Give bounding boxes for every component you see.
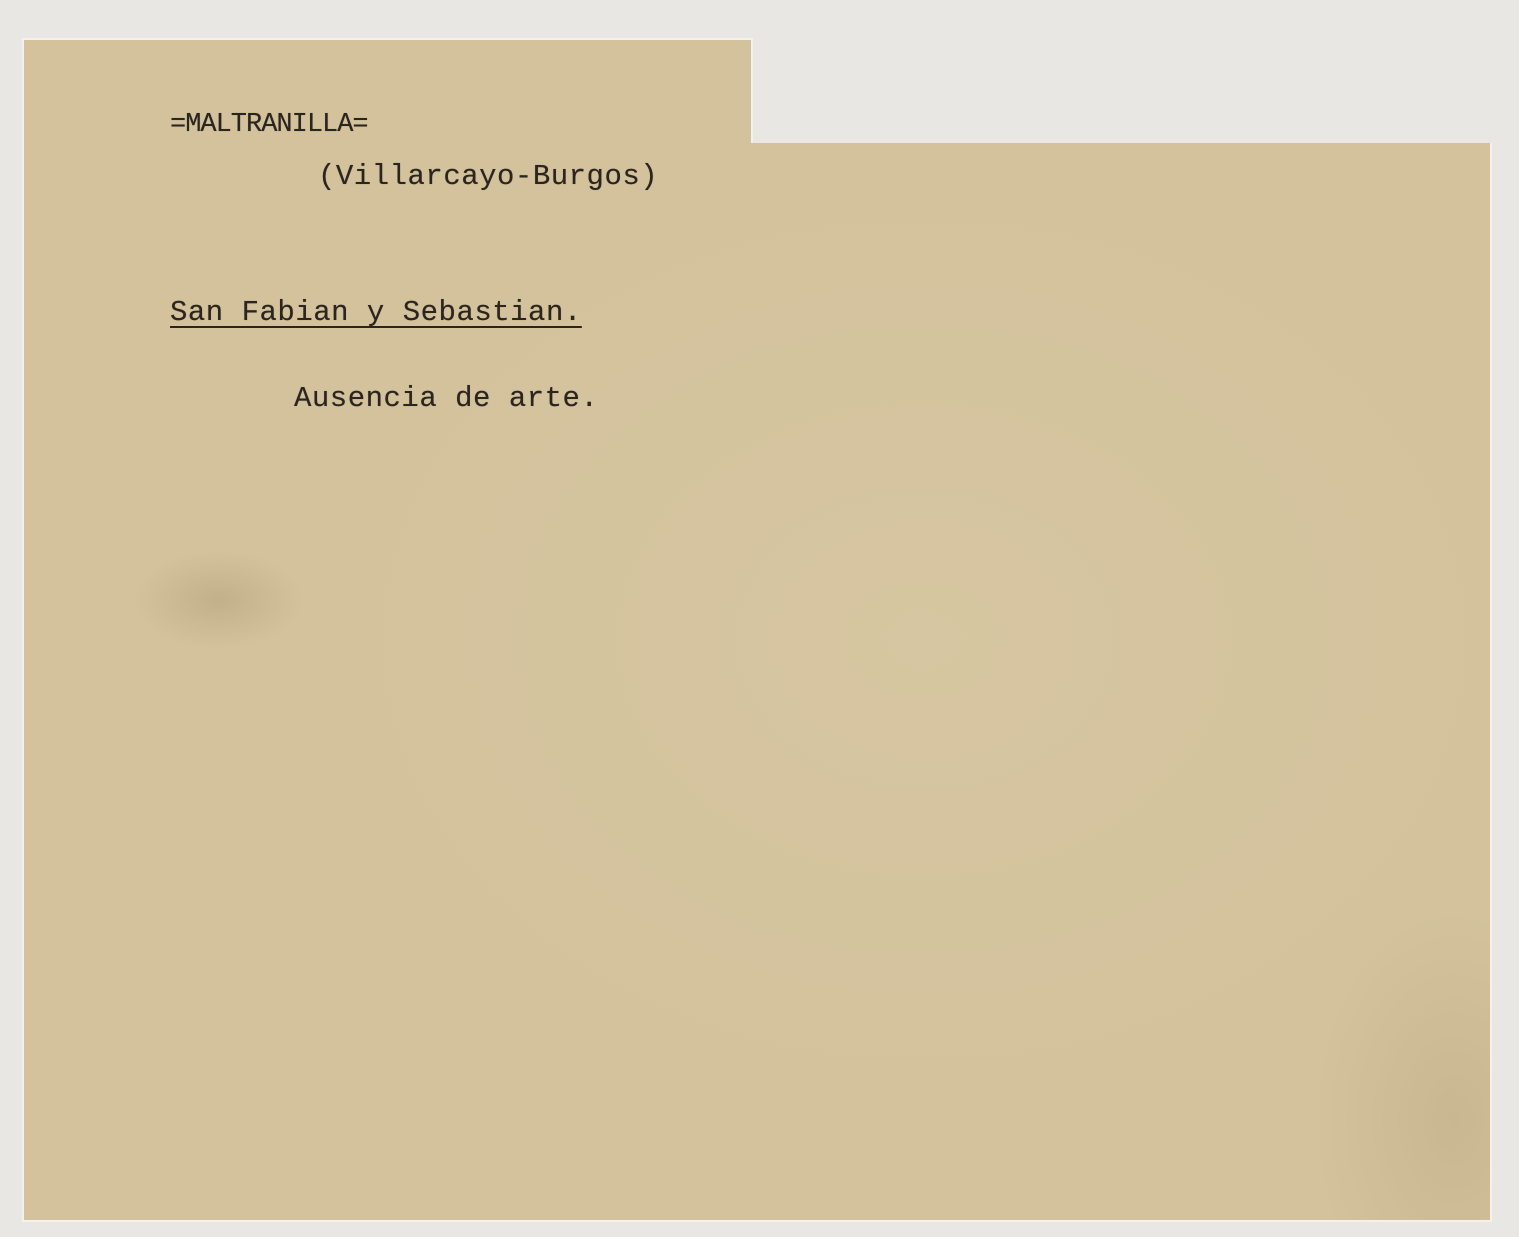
location-text: (Villarcayo-Burgos) (318, 160, 658, 193)
place-name: =MALTRANILLA= (170, 110, 368, 140)
church-name-heading: San Fabian y Sebastian. (170, 296, 582, 329)
note-text: Ausencia de arte. (294, 382, 598, 415)
index-card (24, 40, 1490, 1220)
